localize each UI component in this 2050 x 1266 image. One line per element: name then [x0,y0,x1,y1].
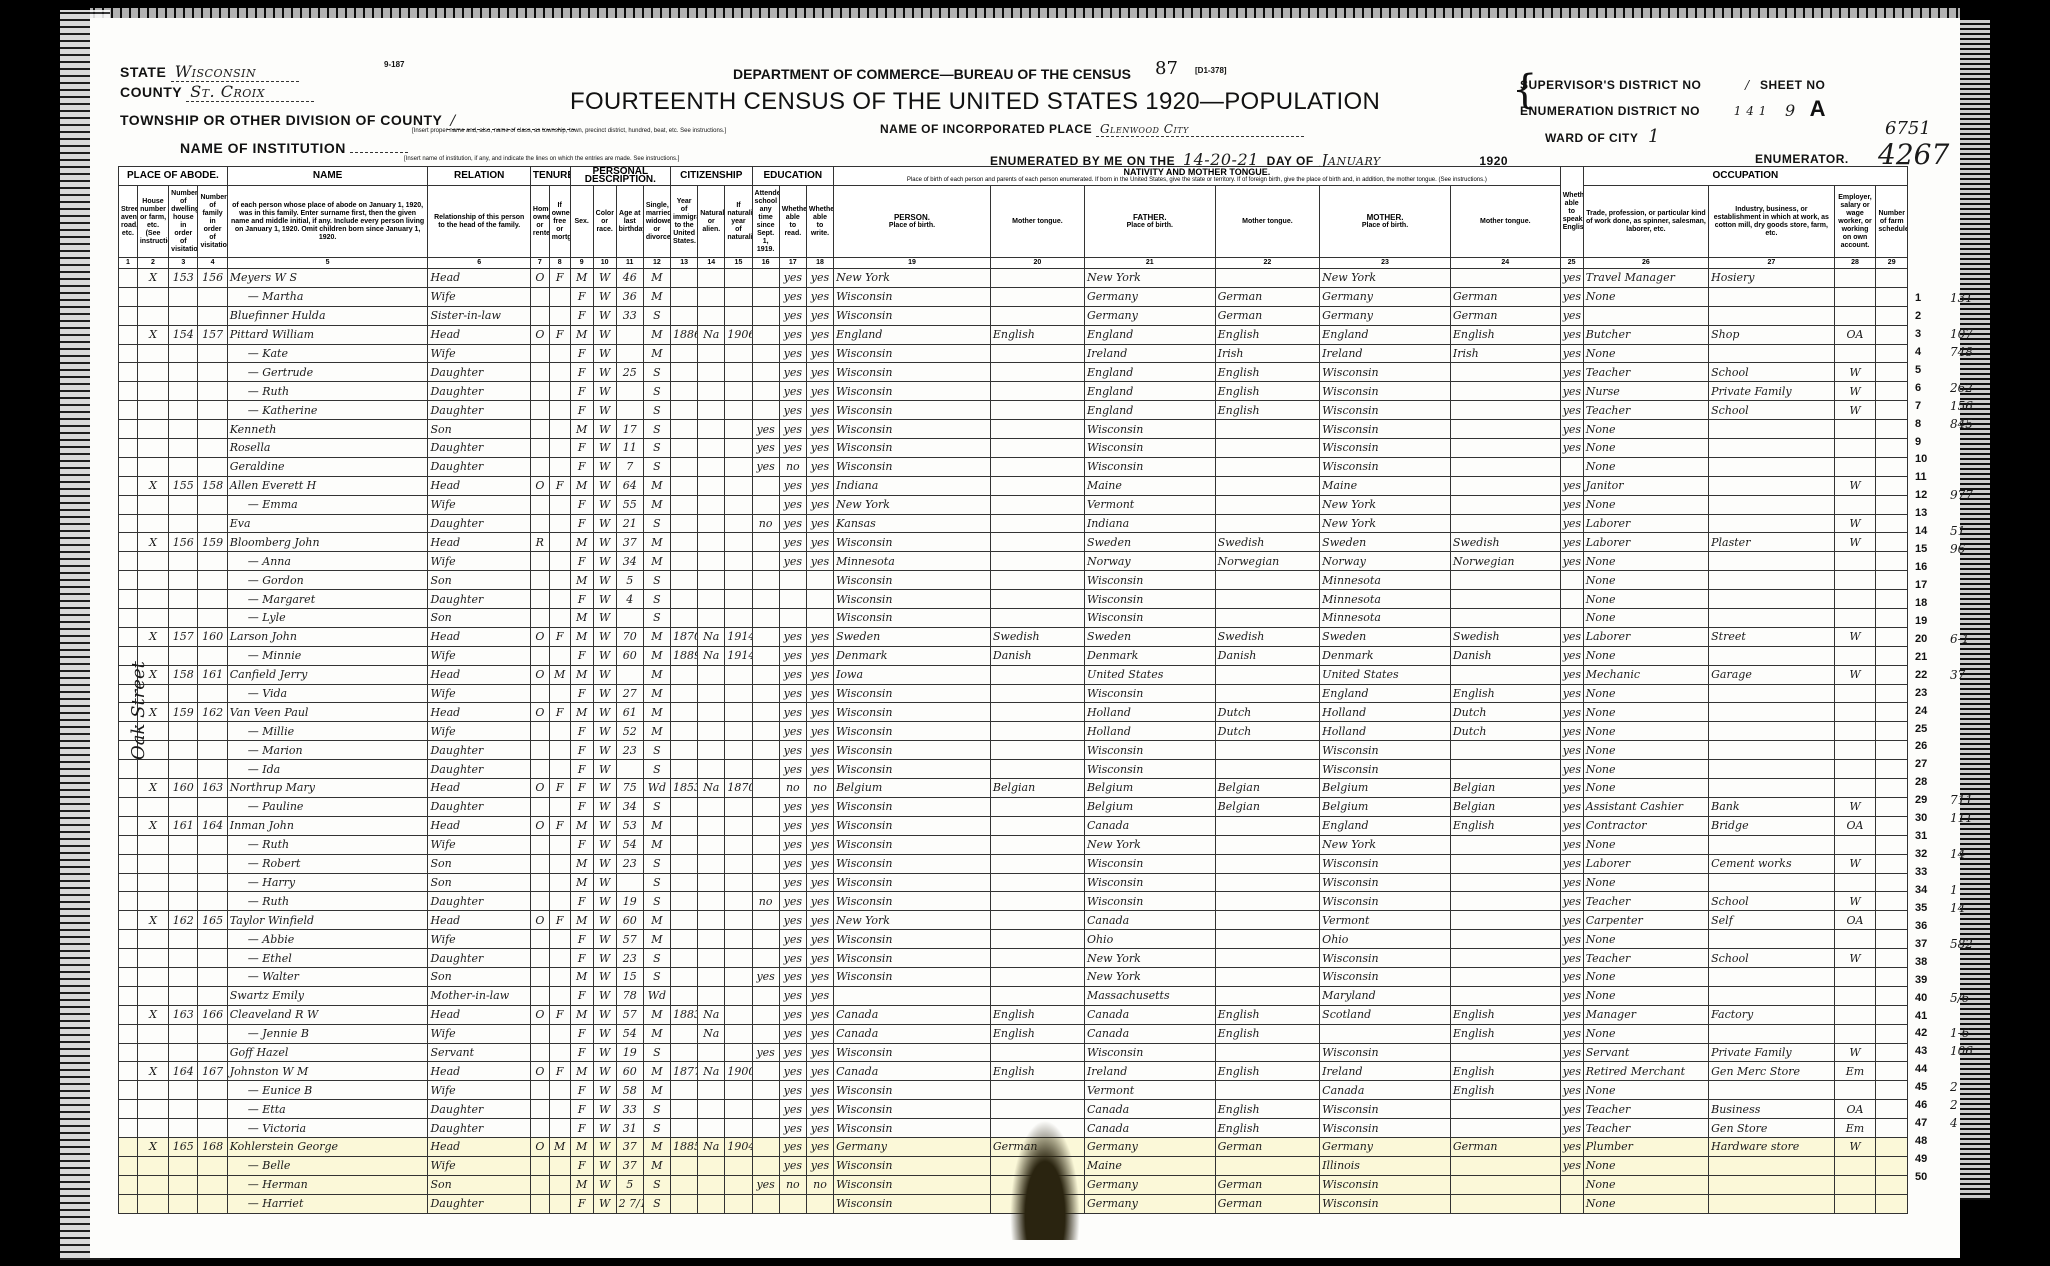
visited-cell [137,1100,168,1119]
col-24-header: Mother tongue. [1450,186,1560,258]
margin-reference: 845 [1950,416,1973,434]
naturalization-year-cell [725,760,752,779]
margin-reference [1950,1061,1973,1079]
father-birthplace-cell: Canada [1084,1119,1215,1138]
sex-cell: M [570,627,593,646]
relation-cell: Head [428,533,530,552]
sheet-side: A [1810,96,1826,121]
birthplace-cell [834,986,991,1005]
person-name-cell: Bluefinner Hulda [227,306,428,325]
dwelling-number-cell: 156 [169,533,198,552]
margin-reference [1950,451,1973,469]
home-owned-cell: O [530,325,549,344]
mother-birthplace-cell: New York [1320,495,1451,514]
naturalized-cell [698,1175,725,1194]
write-cell: yes [806,382,833,401]
father-tongue-cell: Norwegian [1215,552,1320,571]
marital-status-cell: M [643,495,670,514]
margin-reference: 14 [1950,846,1973,864]
column-number: 4 [198,258,227,269]
naturalization-year-cell [725,457,752,476]
occupation-cell: None [1583,779,1708,798]
read-cell: yes [779,741,806,760]
write-cell: yes [806,552,833,571]
family-number-cell [198,306,227,325]
margin-reference [1950,469,1973,487]
farm-schedule-cell [1876,665,1908,684]
person-name-cell: — Kate [227,344,428,363]
mother-tongue-cell [990,533,1084,552]
farm-schedule-cell [1876,722,1908,741]
enumerator-label: ENUMERATOR. [1755,152,1849,166]
mother-tongue-cell [990,269,1084,288]
visited-cell [137,835,168,854]
home-owned-cell [530,552,549,571]
age-cell: 57 [616,1005,643,1024]
sex-cell: F [570,1081,593,1100]
school-cell [752,590,779,609]
father-birthplace-cell: Wisconsin [1084,741,1215,760]
relation-cell: Head [428,665,530,684]
street-cell [119,949,138,968]
mortgage-cell [549,552,570,571]
occupation-cell: None [1583,1024,1708,1043]
naturalized-cell [698,306,725,325]
marital-status-cell: S [643,1175,670,1194]
mortgage-cell [549,797,570,816]
mother-birthplace-cell: Wisconsin [1320,892,1451,911]
farm-schedule-cell [1876,1194,1908,1213]
immigration-year-cell [671,722,698,741]
margin-reference: 14 [1950,900,1973,918]
person-name-cell: Van Veen Paul [227,703,428,722]
line-number: 5 [1915,362,1945,380]
race-cell: W [593,741,616,760]
visited-cell [137,420,168,439]
visited-cell [137,439,168,458]
father-tongue-cell: English [1215,1005,1320,1024]
family-number-cell [198,741,227,760]
immigration-year-cell: 1853 [671,779,698,798]
naturalized-cell: Na [698,1005,725,1024]
birthplace-cell: Wisconsin [834,1081,991,1100]
naturalized-cell [698,420,725,439]
home-owned-cell [530,514,549,533]
ward-field: WARD OF CITY 1 [1545,126,1660,147]
relation-cell: Daughter [428,1100,530,1119]
farm-schedule-cell [1876,571,1908,590]
census-row: — MarionDaughterFW23SyesyesWisconsinWisc… [119,741,1908,760]
person-name-cell: — Abbie [227,930,428,949]
visited-cell: X [137,325,168,344]
father-birthplace-cell: Wisconsin [1084,420,1215,439]
write-cell: yes [806,1100,833,1119]
employer-class-cell: W [1834,401,1876,420]
census-row: — MinnieWifeFW60M1889Na1914yesyesDenmark… [119,646,1908,665]
naturalized-cell [698,401,725,420]
person-name-cell: Kohlerstein George [227,1137,428,1156]
birthplace-cell: Wisconsin [834,684,991,703]
col-5-header: of each person whose place of abode on J… [227,186,428,258]
employer-class-cell: W [1834,514,1876,533]
marital-status-cell: S [643,873,670,892]
occupation-cell: None [1583,684,1708,703]
home-owned-cell [530,306,549,325]
sex-cell: F [570,1100,593,1119]
occupation-cell: None [1583,1156,1708,1175]
industry-cell [1709,514,1834,533]
occupation-cell: None [1583,703,1708,722]
incorporated-place-field: NAME OF INCORPORATED PLACE Glenwood City [880,122,1304,137]
father-birthplace-cell: England [1084,382,1215,401]
immigration-year-cell [671,420,698,439]
occupation-cell: None [1583,1175,1708,1194]
relation-cell: Head [428,1062,530,1081]
school-cell [752,1156,779,1175]
sex-cell: F [570,646,593,665]
father-birthplace-cell: Wisconsin [1084,684,1215,703]
column-number: 8 [549,258,570,269]
marital-status-cell: S [643,306,670,325]
employer-class-cell [1834,835,1876,854]
industry-cell: Shop [1709,325,1834,344]
school-cell: no [752,514,779,533]
margin-reference [1950,1151,1973,1169]
industry-cell: Bank [1709,797,1834,816]
race-cell: W [593,835,616,854]
family-number-cell [198,439,227,458]
dwelling-number-cell [169,514,198,533]
column-number: 24 [1450,258,1560,269]
occupation-cell: None [1583,571,1708,590]
street-cell [119,779,138,798]
school-cell [752,325,779,344]
father-tongue-cell: English [1215,401,1320,420]
farm-schedule-cell [1876,1062,1908,1081]
age-cell: 31 [616,1119,643,1138]
mother-tongue-cell [990,892,1084,911]
visited-cell [137,1043,168,1062]
state-label: STATE [120,64,166,80]
visited-cell [137,986,168,1005]
age-cell: 52 [616,722,643,741]
write-cell: yes [806,854,833,873]
mortgage-cell [549,439,570,458]
census-row: — PaulineDaughterFW34SyesyesWisconsinBel… [119,797,1908,816]
line-number: 12 [1915,487,1945,505]
mother-mother-tongue-cell: German [1450,287,1560,306]
margin-reference: 4 [1950,1115,1973,1133]
relation-cell: Head [428,779,530,798]
mortgage-cell [549,590,570,609]
naturalization-year-cell [725,590,752,609]
mother-birthplace-cell: Wisconsin [1320,1119,1451,1138]
speaks-english-cell: yes [1560,797,1583,816]
person-name-cell: — Jennie B [227,1024,428,1043]
family-number-cell: 163 [198,779,227,798]
col-23-label: Place of birth. [1322,222,1448,230]
write-cell: yes [806,1024,833,1043]
marital-status-cell: M [643,1137,670,1156]
read-cell: yes [779,684,806,703]
farm-schedule-cell [1876,646,1908,665]
line-number: 15 [1915,541,1945,559]
mother-tongue-cell: English [990,1005,1084,1024]
race-cell: W [593,816,616,835]
person-name-cell: — Gertrude [227,363,428,382]
race-cell: W [593,1156,616,1175]
street-cell [119,1043,138,1062]
margin-reference [1950,918,1973,936]
person-name-cell: Larson John [227,627,428,646]
naturalized-cell [698,1043,725,1062]
marital-status-cell: M [643,533,670,552]
marital-status-cell: M [643,287,670,306]
naturalized-cell [698,911,725,930]
margin-reference: 582 [1950,936,1973,954]
birthplace-cell: Wisconsin [834,930,991,949]
naturalized-cell [698,684,725,703]
immigration-year-cell [671,835,698,854]
mother-birthplace-cell: New York [1320,835,1451,854]
mother-mother-tongue-cell [1450,967,1560,986]
relation-cell: Daughter [428,457,530,476]
sex-cell: M [570,911,593,930]
father-tongue-cell: German [1215,306,1320,325]
supervisor-district-field: SUPERVISOR'S DISTRICT NO / [1520,78,1750,92]
industry-cell: Factory [1709,1005,1834,1024]
margin-reference [1950,595,1973,613]
speaks-english-cell: yes [1560,420,1583,439]
employer-class-cell [1834,590,1876,609]
margin-reference: 6-1 [1950,631,1973,649]
census-row: — KateWifeFWMyesyesWisconsinIrelandIrish… [119,344,1908,363]
birthplace-cell: Wisconsin [834,1119,991,1138]
mortgage-cell [549,722,570,741]
marital-status-cell: M [643,1024,670,1043]
dwelling-number-cell [169,609,198,628]
speaks-english-cell: yes [1560,854,1583,873]
col-4-header: Number of family in order of visitation. [198,186,227,258]
mortgage-cell: M [549,1137,570,1156]
dwelling-number-cell [169,1194,198,1213]
family-number-cell [198,760,227,779]
line-number: 45 [1915,1079,1945,1097]
dwelling-number-cell [169,760,198,779]
mortgage-cell: F [549,816,570,835]
home-owned-cell [530,741,549,760]
group-nativity: NATIVITY AND MOTHER TONGUE. Place of bir… [834,167,1561,186]
naturalized-cell [698,269,725,288]
naturalized-cell [698,930,725,949]
marital-status-cell: S [643,439,670,458]
age-cell [616,344,643,363]
immigration-year-cell [671,703,698,722]
person-name-cell: — Etta [227,1100,428,1119]
person-name-cell: Northrup Mary [227,779,428,798]
census-row: — GertrudeDaughterFW25SyesyesWisconsinEn… [119,363,1908,382]
father-tongue-cell [1215,892,1320,911]
group-citizenship: CITIZENSHIP [671,167,753,186]
employer-class-cell [1834,571,1876,590]
column-number: 6 [428,258,530,269]
margin-reference [1950,703,1973,721]
margin-reference [1950,774,1973,792]
line-number: 44 [1915,1061,1945,1079]
relation-cell: Wife [428,930,530,949]
father-birthplace-cell: Canada [1084,911,1215,930]
father-birthplace-cell: United States [1084,665,1215,684]
industry-cell: School [1709,363,1834,382]
visited-cell [137,892,168,911]
sex-cell: M [570,609,593,628]
marital-status-cell: S [643,571,670,590]
father-tongue-cell [1215,495,1320,514]
marital-status-cell: S [643,420,670,439]
occupation-cell: None [1583,1194,1708,1213]
naturalization-year-cell [725,967,752,986]
sex-cell: F [570,986,593,1005]
sex-cell: M [570,703,593,722]
mother-tongue-cell [990,571,1084,590]
race-cell: W [593,665,616,684]
immigration-year-cell [671,514,698,533]
home-owned-cell [530,892,549,911]
birthplace-cell: Canada [834,1062,991,1081]
mother-tongue-cell [990,495,1084,514]
mother-mother-tongue-cell: Dutch [1450,703,1560,722]
margin-reference [1950,685,1973,703]
write-cell: yes [806,495,833,514]
employer-class-cell: W [1834,476,1876,495]
column-number-row: 1234567891011121314151617181920212223242… [119,258,1908,269]
relation-cell: Head [428,911,530,930]
school-cell [752,552,779,571]
occupation-cell: Assistant Cashier [1583,797,1708,816]
read-cell: yes [779,1137,806,1156]
col-18-header: Whether able to write. [806,186,833,258]
mother-tongue-cell [990,854,1084,873]
census-row: X155158Allen Everett HHeadOFMW64MyesyesI… [119,476,1908,495]
relation-cell: Wife [428,835,530,854]
home-owned-cell [530,722,549,741]
school-cell [752,873,779,892]
school-cell [752,741,779,760]
write-cell: yes [806,986,833,1005]
industry-cell [1709,420,1834,439]
write-cell: yes [806,722,833,741]
farm-schedule-cell [1876,1100,1908,1119]
occupation-cell: Teacher [1583,1119,1708,1138]
supervisor-district-value: / [1745,78,1750,92]
birthplace-cell: Wisconsin [834,457,991,476]
mother-tongue-cell [990,1081,1084,1100]
read-cell: yes [779,892,806,911]
census-row: — EthelDaughterFW23SyesyesWisconsinNew Y… [119,949,1908,968]
visited-cell [137,514,168,533]
sex-cell: M [570,420,593,439]
naturalized-cell [698,760,725,779]
industry-cell [1709,287,1834,306]
race-cell: W [593,911,616,930]
mortgage-cell [549,854,570,873]
column-number: 2 [137,258,168,269]
family-number-cell [198,344,227,363]
industry-cell [1709,646,1834,665]
farm-schedule-cell [1876,401,1908,420]
census-row: — RuthDaughterFW19SnoyesyesWisconsinWisc… [119,892,1908,911]
sex-cell: M [570,854,593,873]
occupation-cell: Teacher [1583,1100,1708,1119]
margin-number-top: 6751 [1885,118,1931,139]
father-tongue-cell [1215,476,1320,495]
mother-tongue-cell [990,457,1084,476]
naturalized-cell [698,1119,725,1138]
birthplace-cell: Wisconsin [834,420,991,439]
write-cell: yes [806,797,833,816]
naturalized-cell [698,703,725,722]
sex-cell: F [570,930,593,949]
read-cell: yes [779,854,806,873]
mother-tongue-cell: English [990,1024,1084,1043]
naturalized-cell [698,722,725,741]
employer-class-cell [1834,344,1876,363]
age-cell [616,873,643,892]
home-owned-cell [530,873,549,892]
naturalization-year-cell [725,533,752,552]
line-number: 16 [1915,559,1945,577]
margin-reference [1950,972,1973,990]
immigration-year-cell [671,967,698,986]
industry-cell [1709,439,1834,458]
visited-cell: X [137,269,168,288]
column-number: 10 [593,258,616,269]
naturalized-cell [698,533,725,552]
dwelling-number-cell [169,1043,198,1062]
mortgage-cell [549,1194,570,1213]
sex-cell: M [570,873,593,892]
mortgage-cell [549,835,570,854]
census-row: X154157Pittard WilliamHeadOFMWM1886Na190… [119,325,1908,344]
race-cell: W [593,873,616,892]
industry-cell [1709,476,1834,495]
visited-cell [137,1119,168,1138]
family-number-cell [198,967,227,986]
birthplace-cell: New York [834,495,991,514]
immigration-year-cell [671,1194,698,1213]
street-cell [119,1156,138,1175]
birthplace-cell: Wisconsin [834,703,991,722]
naturalization-year-cell [725,797,752,816]
birthplace-cell: Wisconsin [834,722,991,741]
father-tongue-cell [1215,269,1320,288]
age-cell: 78 [616,986,643,1005]
naturalization-year-cell [725,741,752,760]
farm-schedule-cell [1876,1175,1908,1194]
write-cell: yes [806,1156,833,1175]
sex-cell: F [570,779,593,798]
write-cell [806,571,833,590]
dwelling-number-cell: 158 [169,665,198,684]
school-cell [752,476,779,495]
line-number: 14 [1915,523,1945,541]
mortgage-cell: F [549,1062,570,1081]
mother-mother-tongue-cell: English [1450,1081,1560,1100]
read-cell: yes [779,495,806,514]
mother-birthplace-cell: England [1320,816,1451,835]
age-cell: 57 [616,930,643,949]
group-name: NAME [227,167,428,186]
